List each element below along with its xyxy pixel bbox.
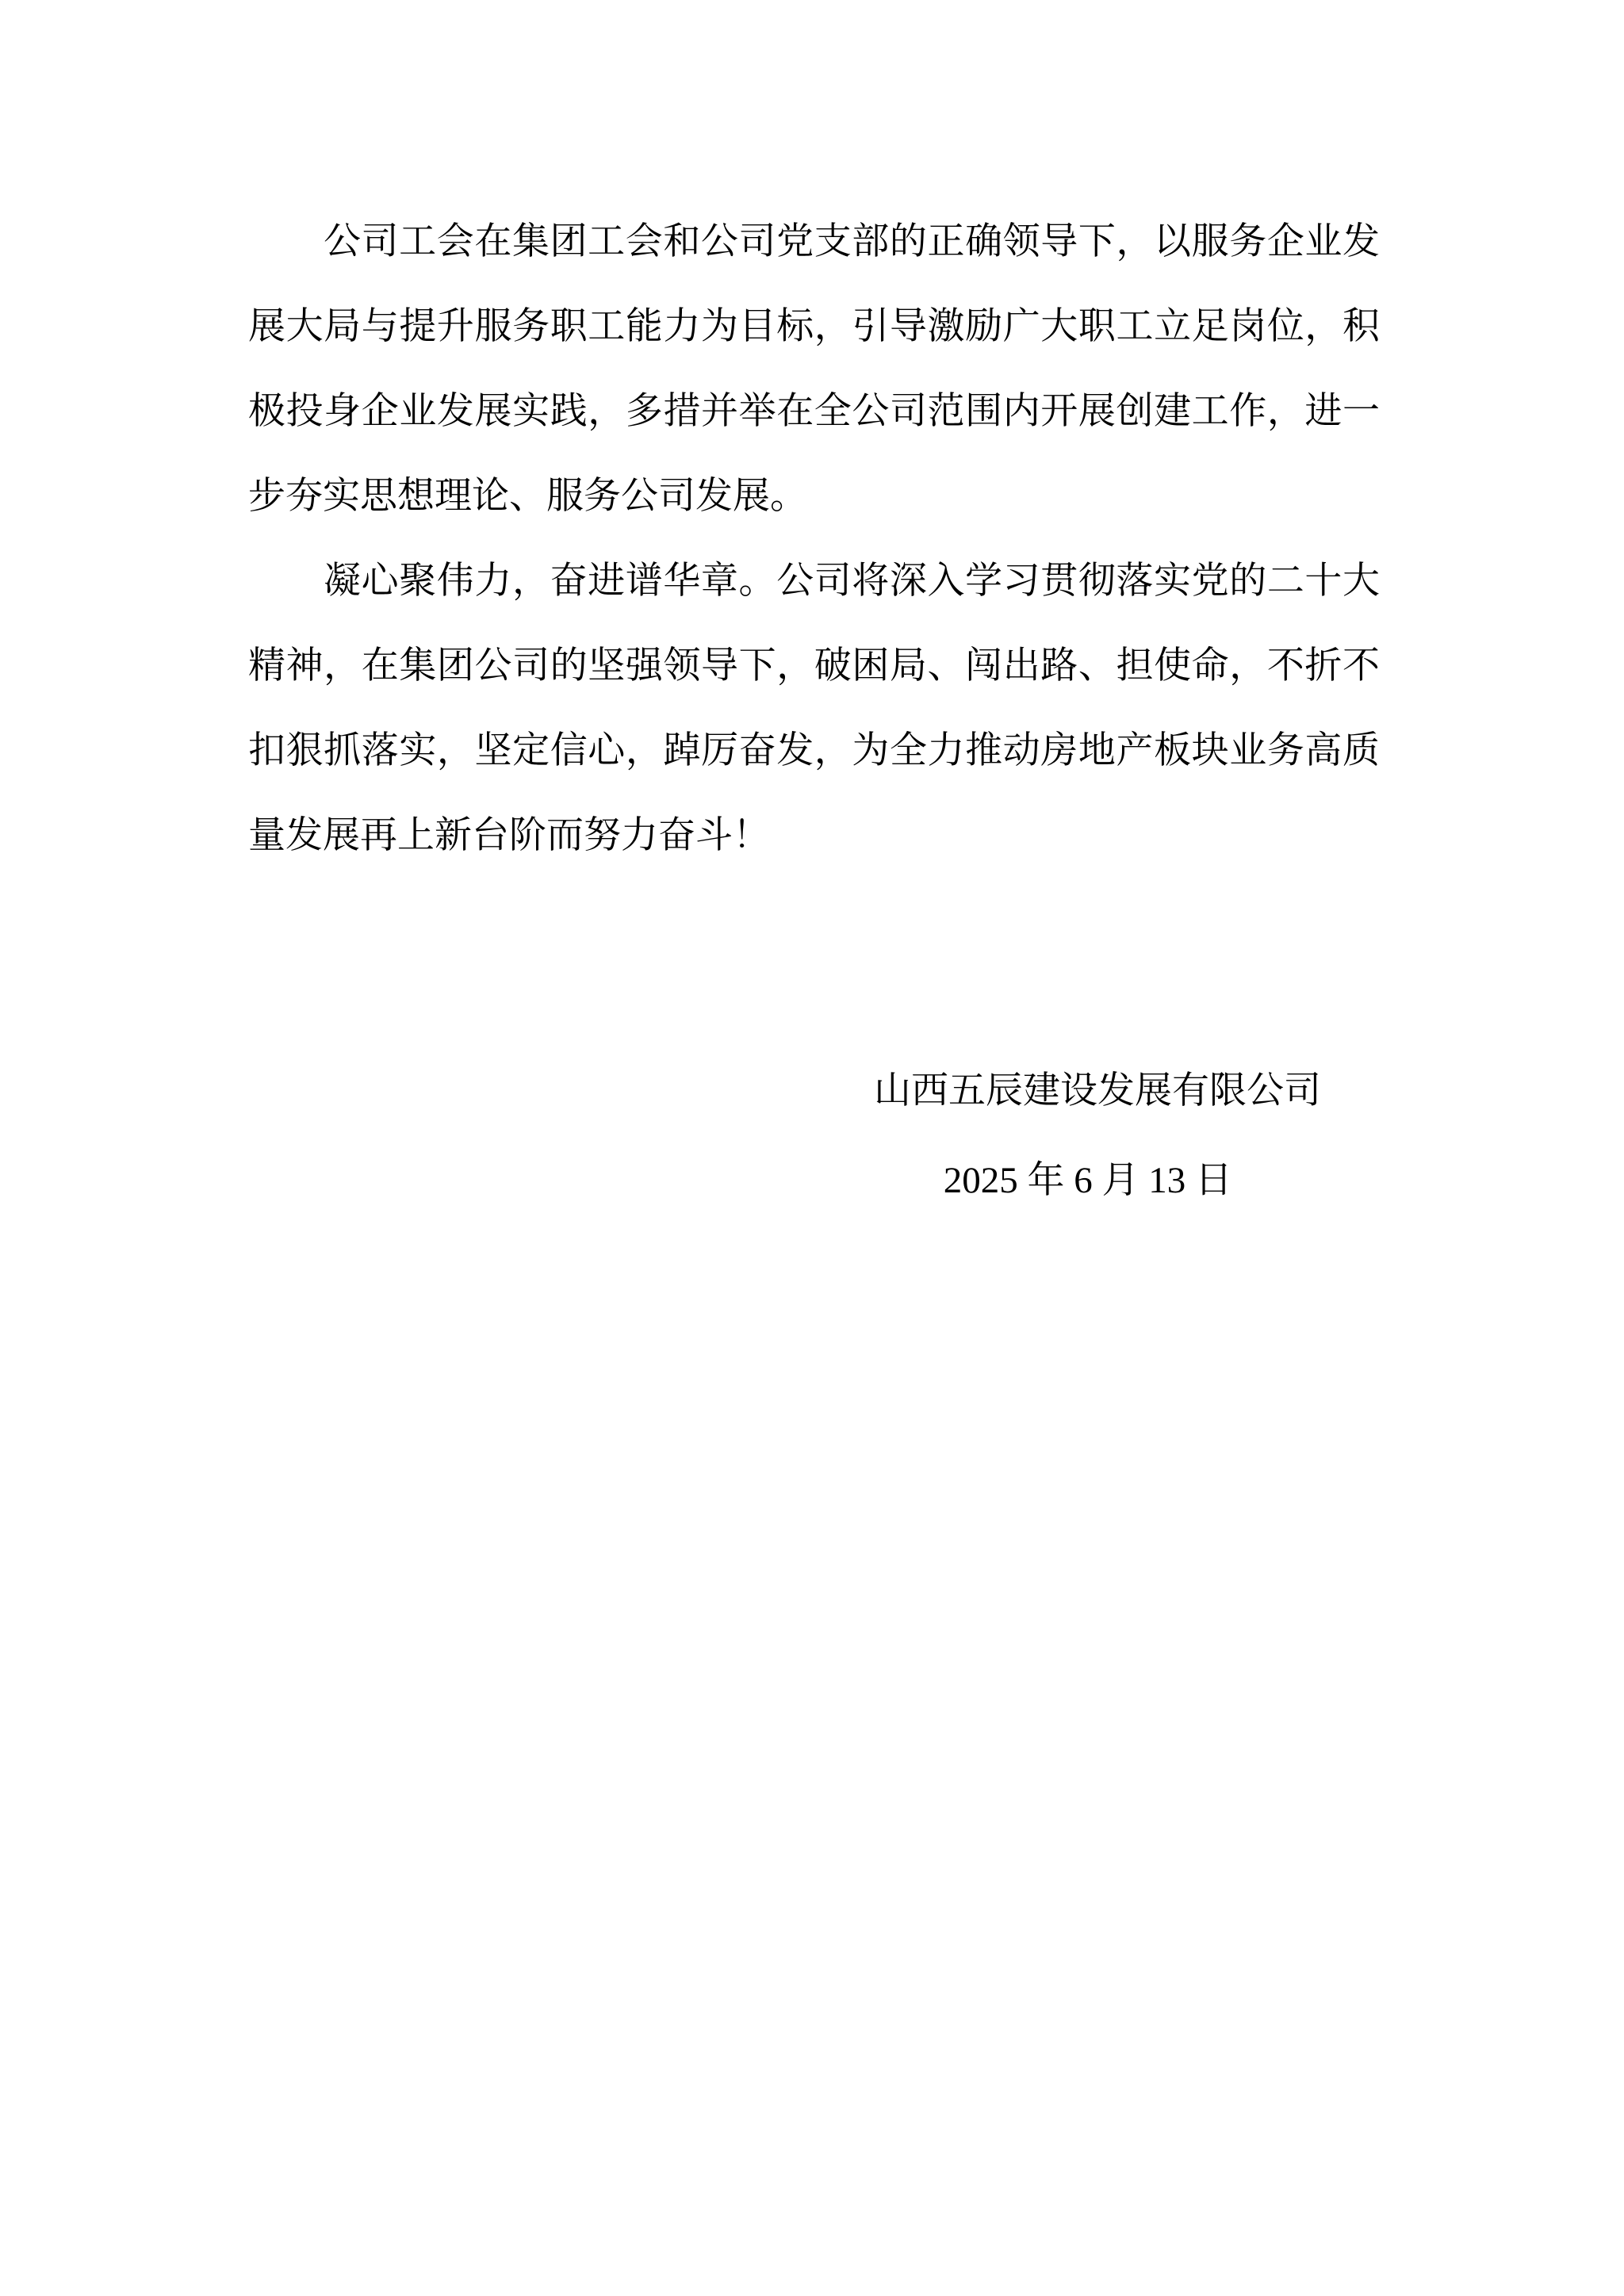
document-date: 2025 年 6 月 13 日 [248, 1138, 1380, 1223]
paragraph-1-line-4: 步夯实思想理论、服务公司发展。 [248, 454, 1380, 539]
document-closing: 山西五辰建设发展有限公司 2025 年 6 月 13 日 [248, 1049, 1380, 1223]
company-signature: 山西五辰建设发展有限公司 [248, 1049, 1380, 1134]
paragraph-1-line-3: 极投身企业发展实践，多措并举在全公司范围内开展创建工作，进一 [248, 369, 1380, 454]
paragraph-2-line-4: 量发展再上新台阶而努力奋斗！ [248, 794, 1380, 878]
document-page: 公司工会在集团工会和公司党支部的正确领导下，以服务企业发 展大局与提升服务职工能… [0, 0, 1624, 2296]
paragraph-1-line-1: 公司工会在集团工会和公司党支部的正确领导下，以服务企业发 [248, 200, 1380, 285]
document-body: 公司工会在集团工会和公司党支部的正确领导下，以服务企业发 展大局与提升服务职工能… [248, 200, 1380, 1223]
paragraph-1: 公司工会在集团工会和公司党支部的正确领导下，以服务企业发 展大局与提升服务职工能… [248, 200, 1380, 539]
paragraph-2-line-1: 凝心聚伟力，奋进谱华章。公司将深入学习贯彻落实党的二十大 [248, 539, 1380, 624]
paragraph-2-line-3: 扣狠抓落实，坚定信心，踔厉奋发，为全力推动房地产板块业务高质 [248, 709, 1380, 794]
paragraph-2: 凝心聚伟力，奋进谱华章。公司将深入学习贯彻落实党的二十大 精神，在集团公司的坚强… [248, 539, 1380, 878]
paragraph-1-line-2: 展大局与提升服务职工能力为目标，引导激励广大职工立足岗位，积 [248, 285, 1380, 369]
paragraph-2-line-2: 精神，在集团公司的坚强领导下，破困局、闯出路、担使命，不折不 [248, 624, 1380, 709]
